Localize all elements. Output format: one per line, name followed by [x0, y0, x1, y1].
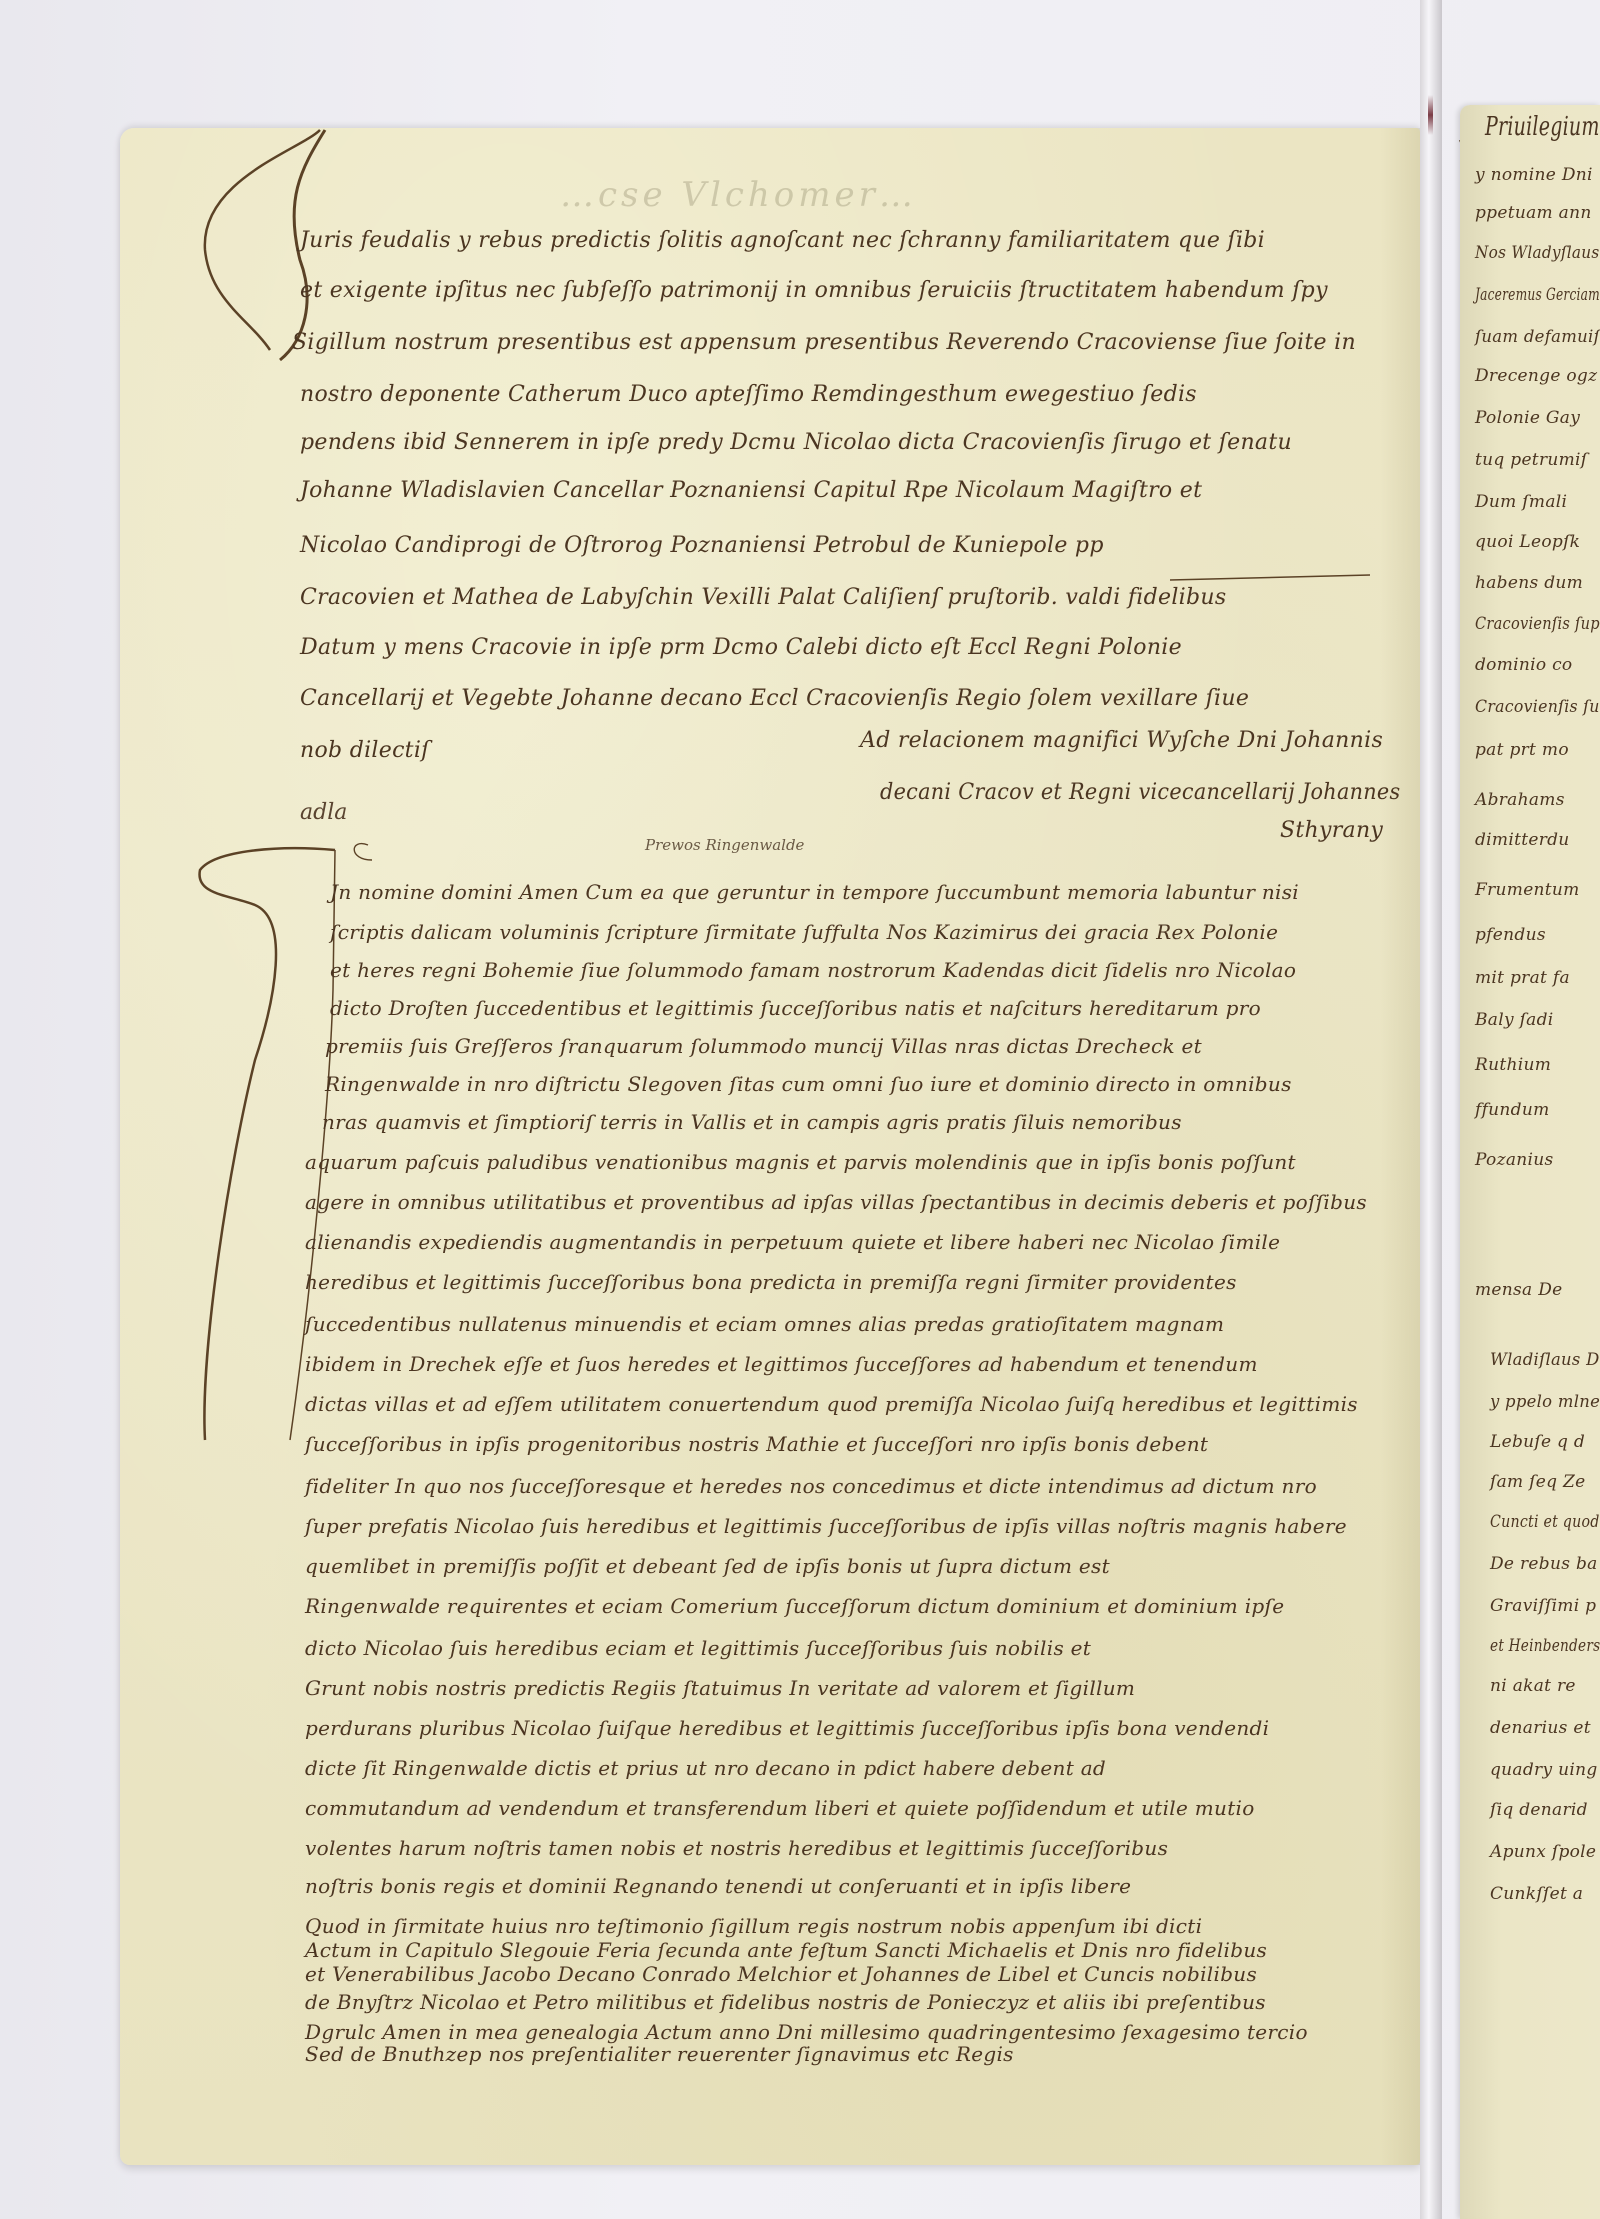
text-line: Lebuſe q d — [1490, 1432, 1585, 1452]
text-line: ibidem in Drechek eſſe et ſuos heredes e… — [305, 1352, 1258, 1376]
text-line: noſtris bonis regis et dominii Regnando … — [305, 1874, 1131, 1898]
text-line: quadry uing — [1490, 1760, 1598, 1780]
text-line: Abrahams — [1475, 790, 1565, 810]
text-line: et Heinbenders — [1490, 1636, 1600, 1656]
margin-note: adla — [300, 800, 347, 825]
text-line: ppetuam ann — [1475, 203, 1592, 223]
text-line: Dgrulc Amen in mea genealogia Actum anno… — [305, 2020, 1308, 2044]
right-page-heading: Priuilegium — [1485, 112, 1600, 142]
text-line: De rebus ba — [1490, 1554, 1598, 1574]
text-line: dicte ſit Ringenwalde dictis et prius ut… — [305, 1756, 1106, 1780]
text-line: y ppelo mlne — [1490, 1392, 1600, 1412]
text-line: et heres regni Bohemie ſiue ſolummodo fa… — [330, 958, 1296, 982]
text-line: Cancellarij et Vegebte Johanne decano Ec… — [300, 686, 1249, 711]
text-line: Dum ſmali — [1475, 492, 1567, 512]
text-line: Cracovien et Mathea de Labyſchin Vexilli… — [300, 585, 1226, 610]
text-line: Nicolao Candiprogi de Oſtrorog Poznanien… — [300, 533, 1104, 558]
text-line: Nos Wladyſlaus — [1475, 243, 1600, 263]
gutter-mark — [1428, 95, 1433, 135]
text-line: Cunkſſet a — [1490, 1884, 1583, 1904]
text-line: et Venerabilibus Jacobo Decano Conrado M… — [305, 1962, 1257, 1986]
text-line: Polonie Gay — [1475, 408, 1580, 428]
text-line: Ringenwalde requirentes et eciam Comeriu… — [305, 1594, 1284, 1618]
text-line: commutandum ad vendendum et transferendu… — [305, 1796, 1255, 1820]
text-line: Quod in ſirmitate huius nro teſtimonio ſ… — [305, 1914, 1202, 1938]
text-line: Sed de Bnuthzep nos preſentialiter reuer… — [305, 2042, 1014, 2066]
text-line: Juris feudalis y rebus predictis ſolitis… — [300, 228, 1265, 253]
text-line: ſiq denarid — [1490, 1800, 1588, 1820]
text-line: Graviſſimi p — [1490, 1596, 1596, 1616]
text-line: dictas villas et ad eſſem utilitatem con… — [305, 1392, 1358, 1416]
text-line: dicto Nicolao ſuis heredibus eciam et le… — [305, 1636, 1091, 1660]
text-line: Cracovienſis ſup — [1475, 614, 1600, 634]
text-line: ſuccedentibus nullatenus minuendis et ec… — [305, 1312, 1224, 1336]
text-line: Sigillum nostrum presentibus est appensu… — [292, 330, 1356, 355]
heading-note: Prewos Ringenwalde — [645, 836, 804, 854]
text-line: nostro deponente Catherum Duco apteſſimo… — [300, 382, 1197, 407]
text-line: denarius et — [1490, 1718, 1591, 1738]
text-line: agere in omnibus utilitatibus et provent… — [305, 1190, 1367, 1214]
text-line: Baly ſadi — [1475, 1010, 1554, 1030]
text-line: Jaceremus Gerciam — [1475, 285, 1600, 305]
text-line: tuq petrumiſ — [1475, 450, 1587, 470]
signature-line: Sthyrany — [1280, 818, 1383, 843]
text-line: dominio co — [1475, 655, 1572, 675]
text-line: et exigente ipſitus nec ſubſeſſo patrimo… — [300, 278, 1328, 303]
text-line: dimitterdu — [1475, 830, 1570, 850]
text-line: habens dum — [1475, 573, 1583, 593]
text-line: pat prt mo — [1475, 740, 1569, 760]
text-line: nob dilectiſ — [300, 738, 430, 763]
text-line: Pozanius — [1475, 1150, 1554, 1170]
text-line: quoi Leopſk — [1475, 532, 1580, 552]
text-line: pendens ibid Sennerem in ipſe predy Dcmu… — [300, 430, 1292, 455]
text-line: ſuper prefatis Nicolao ſuis heredibus et… — [305, 1514, 1347, 1538]
text-line: Jn nomine domini Amen Cum ea que geruntu… — [330, 880, 1299, 904]
text-line: Actum in Capitulo Slegouie Feria ſecunda… — [305, 1938, 1267, 1962]
text-line: ſucceſſoribus in ipſis progenitoribus no… — [305, 1432, 1208, 1456]
text-line: aquarum paſcuis paludibus venationibus m… — [305, 1150, 1296, 1174]
text-line: Grunt nobis nostris predictis Regiis ſta… — [305, 1676, 1135, 1700]
text-line: Ringenwalde in nro diſtrictu Slegoven ſi… — [325, 1072, 1292, 1096]
text-line: y nomine Dni — [1475, 165, 1593, 185]
text-line: ſcriptis dalicam voluminis ſcripture ſir… — [330, 920, 1278, 944]
text-line: Ruthium — [1475, 1055, 1551, 1075]
text-line: Datum y mens Cracovie in ipſe prm Dcmo C… — [300, 635, 1182, 660]
text-line: fideliter In quo nos ſucceſſoresque et h… — [305, 1474, 1317, 1498]
signature-line: decani Cracov et Regni vicecancellarij J… — [880, 780, 1400, 805]
text-line: ffundum — [1475, 1100, 1550, 1120]
text-line: premiis ſuis Greſſeros ſranquarum ſolumm… — [325, 1034, 1202, 1058]
text-line: mit prat fa — [1475, 968, 1570, 988]
text-line: Frumentum — [1475, 880, 1580, 900]
text-line: alienandis expediendis augmentandis in p… — [305, 1230, 1280, 1254]
text-line: quemlibet in premiſſis poſſit et debeant… — [305, 1554, 1110, 1578]
text-line: mensa De — [1475, 1280, 1562, 1300]
text-line: Cuncti et quod — [1490, 1512, 1600, 1532]
text-line: de Bnyſtrz Nicolao et Petro militibus et… — [305, 1990, 1266, 2014]
text-line: Wladiſlaus D — [1490, 1350, 1600, 1370]
text-line: Johanne Wladislavien Cancellar Poznanien… — [300, 478, 1202, 503]
book-gutter — [1420, 0, 1442, 2219]
text-line: pfendus — [1475, 925, 1546, 945]
signature-line: Ad relacionem magnifici Wyſche Dni Johan… — [860, 728, 1383, 753]
text-line: Cracovienſis ſu — [1475, 697, 1600, 717]
text-line: nras quamvis et ſimptioriſ terris in Val… — [322, 1110, 1182, 1134]
text-line: perdurans pluribus Nicolao ſuiſque hered… — [305, 1716, 1269, 1740]
text-line: ni akat re — [1490, 1676, 1576, 1696]
text-line: heredibus et legittimis ſucceſſoribus bo… — [305, 1270, 1237, 1294]
text-line: volentes harum noſtris tamen nobis et no… — [305, 1836, 1168, 1860]
text-line: ſam ſeq Ze — [1490, 1472, 1585, 1492]
text-line: Apunx ſpole — [1490, 1842, 1596, 1862]
text-line: Drecenge ogz — [1475, 366, 1597, 386]
text-line: dicto Droſten ſuccedentibus et legittimi… — [330, 996, 1261, 1020]
text-line: ſuam defamuiſ — [1475, 327, 1600, 347]
